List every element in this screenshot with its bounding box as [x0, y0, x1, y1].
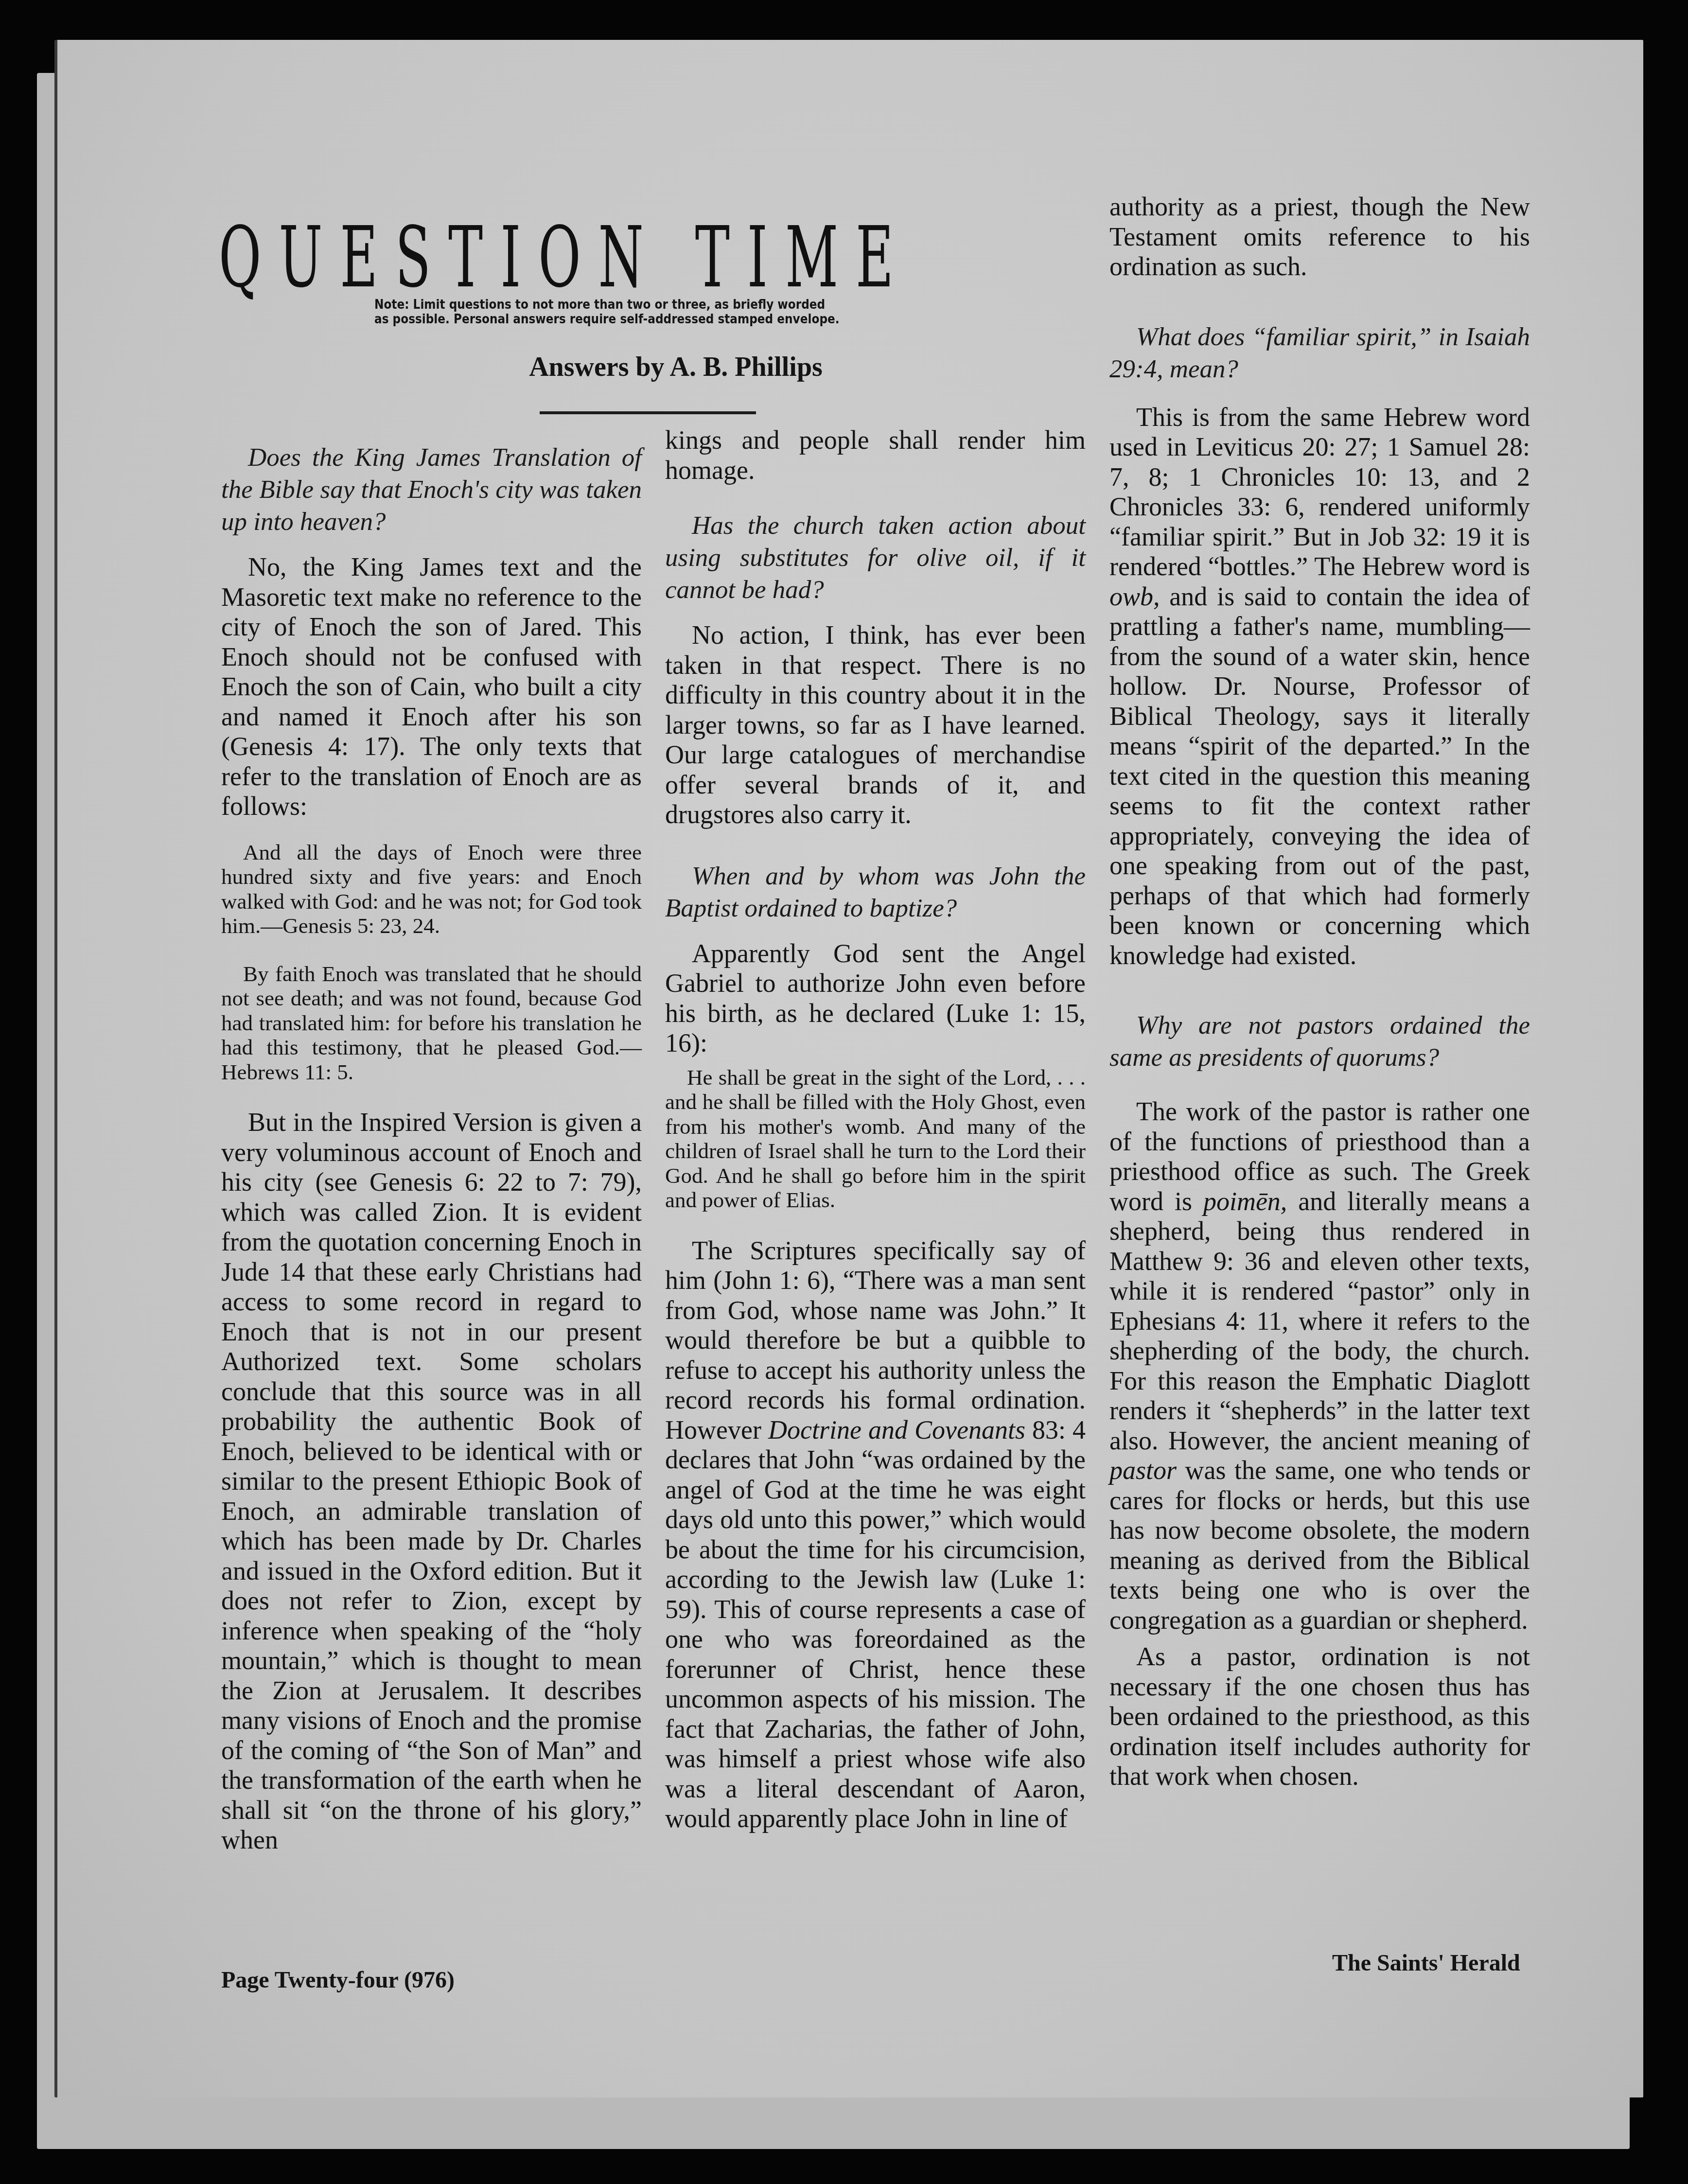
note-line-1: Note: Limit questions to not more than t…	[374, 298, 939, 312]
submission-note: Note: Limit questions to not more than t…	[374, 298, 939, 327]
answer-enoch-city: No, the King James text and the Masoreti…	[221, 552, 642, 822]
italic-pastor: pastor	[1109, 1456, 1177, 1485]
answer-familiar-spirit: This is from the same Hebrew word used i…	[1109, 403, 1530, 971]
question-olive-oil: Has the church taken action about using …	[665, 510, 1086, 606]
italic-title: Doctrine and Covenants	[768, 1415, 1025, 1444]
column-2: kings and people shall render him homage…	[665, 425, 1086, 1834]
italic-hebrew-word: owb,	[1109, 582, 1160, 611]
answer-inspired-version: But in the Inspired Version is given a v…	[221, 1108, 642, 1855]
page-number: Page Twenty-four (976)	[221, 1967, 455, 1993]
byline: Answers by A. B. Phillips	[462, 350, 890, 384]
column-3: authority as a priest, though the New Te…	[1109, 192, 1530, 1792]
question-john-baptist: When and by whom was John the Baptist or…	[665, 860, 1086, 924]
quote-luke: He shall be great in the sight of the Lo…	[665, 1065, 1086, 1213]
note-line-2: as possible. Personal answers require se…	[374, 312, 939, 327]
answer-pastor-ordination: As a pastor, ordination is not necessary…	[1109, 1642, 1530, 1792]
question-enoch-city: Does the King James Translation of the B…	[221, 441, 642, 538]
question-familiar-spirit: What does “familiar spirit,” in Isaiah 2…	[1109, 321, 1530, 385]
question-pastors: Why are not pastors ordained the same as…	[1109, 1009, 1530, 1074]
answer-john-baptist: Apparently God sent the Angel Gabriel to…	[665, 939, 1086, 1058]
quote-hebrews: By faith Enoch was translated that he sh…	[221, 962, 642, 1085]
answer-continuation: kings and people shall render him homage…	[665, 425, 1086, 485]
answer-olive-oil: No action, I think, has ever been taken …	[665, 620, 1086, 830]
italic-greek-word: poimēn,	[1203, 1187, 1287, 1216]
answer-pastors: The work of the pastor is rather one of …	[1109, 1097, 1530, 1635]
answer-continuation-priest: authority as a priest, though the New Te…	[1109, 192, 1530, 282]
header-divider	[540, 411, 756, 414]
page-title: QUESTION TIME	[219, 214, 1093, 301]
column-1: Does the King James Translation of the B…	[221, 433, 642, 1855]
quote-genesis: And all the days of Enoch were three hun…	[221, 840, 642, 938]
publication-name: The Saints' Herald	[1332, 1950, 1520, 1976]
answer-scriptures: The Scriptures specifically say of him (…	[665, 1236, 1086, 1834]
